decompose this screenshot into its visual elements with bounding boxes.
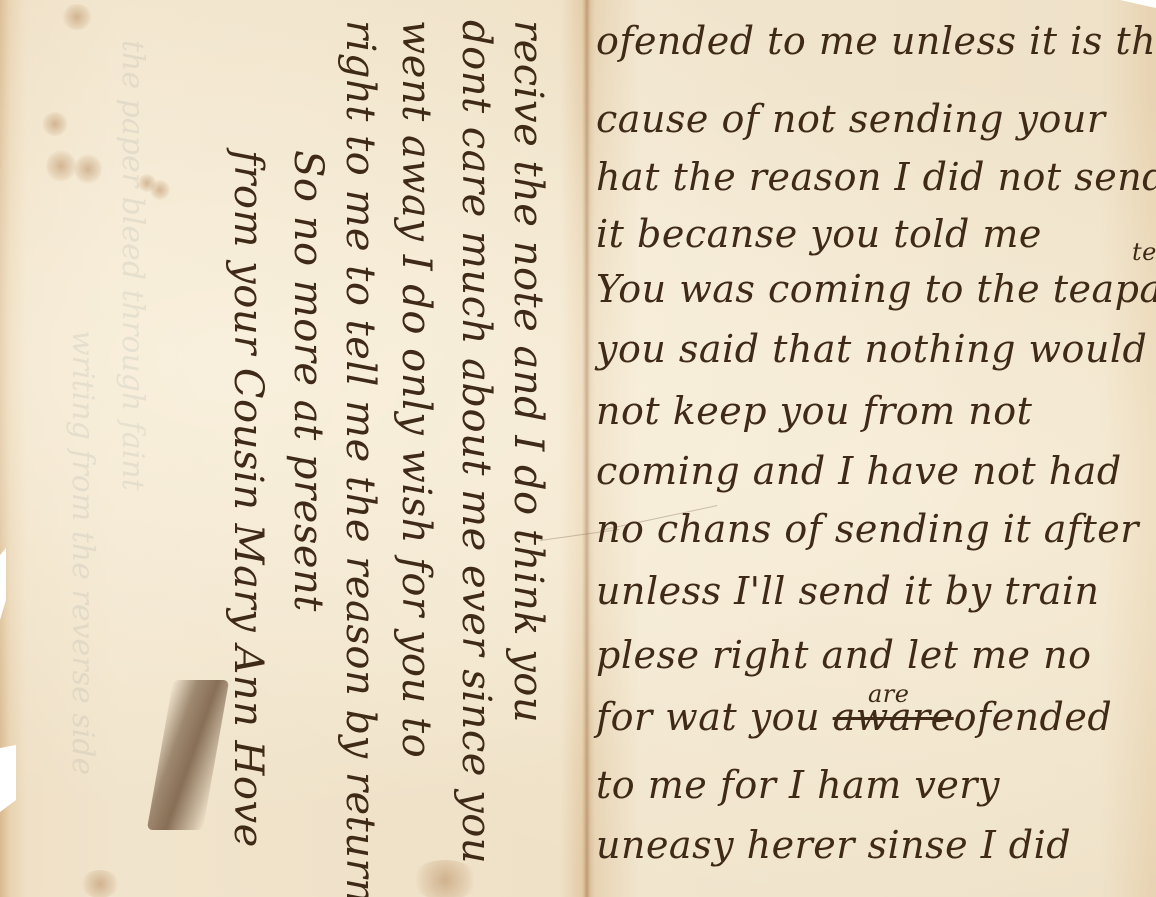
letter-line: you said that nothing would <box>596 330 1147 368</box>
letter-line: it becanse you told me <box>596 215 1042 253</box>
letter-column: recive the note and I do think you <box>508 20 548 723</box>
letter-line: You was coming to the teapar <box>596 270 1156 308</box>
letter-line: for wat you awareofended <box>596 698 1112 736</box>
right-page: ofended to me unless it is the cause of … <box>596 0 1156 897</box>
letter-line: unless I'll send it by train <box>596 572 1099 610</box>
letter-column: right to me to tell me the reason by ret… <box>340 20 380 897</box>
letter-line: no chans of sending it after <box>596 510 1139 548</box>
letter-line: plese right and let me no <box>596 636 1091 674</box>
letter-paper: the paper bleed through faint writing fr… <box>0 0 1156 897</box>
letter-column: dont care much about me ever since you <box>456 20 496 864</box>
letter-line: uneasy herer sinse I did <box>596 826 1071 864</box>
letter-column: went away I do only wish for you to <box>396 20 436 758</box>
superscript-insertion: are <box>868 680 909 708</box>
left-page: recive the note and I do think you dont … <box>0 0 582 897</box>
letter-text: ofended <box>954 695 1113 739</box>
letter-line: hat the reason I did not send <box>596 158 1156 196</box>
letter-line: coming and I have not had <box>596 452 1122 490</box>
letter-line: to me for I ham very <box>596 766 1000 804</box>
letter-column: So no more at present <box>288 150 328 612</box>
letter-column: from your Cousin Mary Ann Hove <box>228 150 268 848</box>
letter-line: not keep you from not <box>596 392 1032 430</box>
superscript-insertion: te <box>1132 238 1156 266</box>
center-fold <box>582 0 590 897</box>
letter-line: cause of not sending your <box>596 100 1106 138</box>
letter-line: ofended to me unless it is the <box>596 22 1156 60</box>
letter-text: for wat you <box>596 695 820 739</box>
